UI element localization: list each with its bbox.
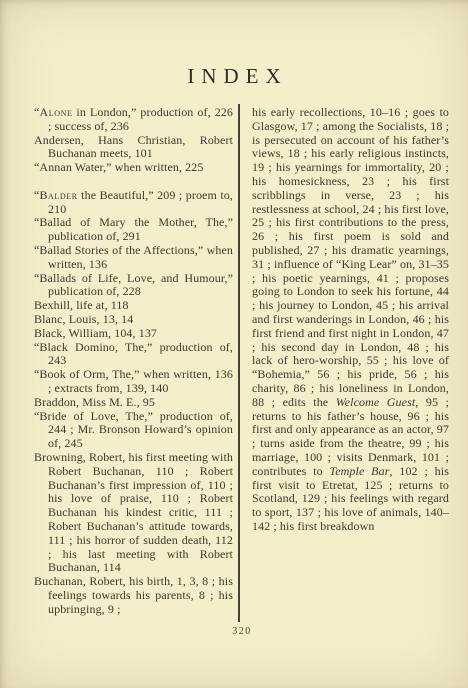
index-group: “Alone in London,” production of, 226 ; …: [34, 106, 233, 175]
index-entry: “Black Domino, The,” production of, 243: [34, 341, 233, 369]
index-column-left: “Alone in London,” production of, 226 ; …: [34, 106, 233, 616]
text-segment: Braddon, Miss M. E., 95: [34, 395, 155, 409]
text-segment: his early recollections, 10–16 ; goes to…: [252, 105, 449, 409]
text-segment: Balder: [39, 188, 77, 202]
page-number: 320: [0, 626, 468, 637]
index-entry: Buchanan, Robert, his birth, 1, 3, 8 ; h…: [34, 575, 233, 616]
index-entry: Bexhill, life at, 118: [34, 299, 233, 313]
index-entry: “Annan Water,” when written, 225: [34, 161, 233, 175]
text-segment: in London,” production of, 226 ; success…: [48, 105, 233, 133]
index-entry: “Ballad Stories of the Affections,” when…: [34, 244, 233, 272]
page-title: INDEX: [0, 64, 468, 89]
index-entry: Andersen, Hans Christian, Robert Buchana…: [34, 134, 233, 162]
text-segment: “Ballad Stories of the Affections,” when…: [34, 243, 233, 271]
text-segment: Andersen, Hans Christian, Robert Buchana…: [34, 133, 233, 161]
text-segment: Temple Bar: [330, 464, 390, 478]
index-entry: Braddon, Miss M. E., 95: [34, 396, 233, 410]
text-segment: “Ballad of Mary the Mother, The,” public…: [34, 215, 233, 243]
text-segment: Welcome Guest: [336, 395, 416, 409]
text-segment: “Annan Water,” when written, 225: [34, 160, 203, 174]
index-entry: “Ballads of Life, Love, and Humour,” pub…: [34, 272, 233, 300]
text-segment: “Ballads of Life, Love, and Humour,” pub…: [34, 271, 233, 299]
index-entry: “Bride of Love, The,” production of, 244…: [34, 410, 233, 451]
index-group: “Balder the Beautiful,” 209 ; proem to, …: [34, 189, 233, 617]
book-page: INDEX “Alone in London,” production of, …: [0, 0, 468, 688]
text-segment: “Bride of Love, The,” production of, 244…: [34, 409, 233, 451]
index-entry: Black, William, 104, 137: [34, 327, 233, 341]
text-segment: Bexhill, life at, 118: [34, 298, 129, 312]
index-entry: Browning, Robert, his first meeting with…: [34, 451, 233, 575]
index-entry: “Book of Orm, The,” when written, 136 ; …: [34, 368, 233, 396]
index-entry: Blanc, Louis, 13, 14: [34, 313, 233, 327]
index-entry: “Alone in London,” production of, 226 ; …: [34, 106, 233, 134]
index-entry: “Balder the Beautiful,” 209 ; proem to, …: [34, 189, 233, 217]
index-entry-continuation: his early recollections, 10–16 ; goes to…: [252, 106, 449, 534]
text-segment: Blanc, Louis, 13, 14: [34, 312, 133, 326]
text-segment: Black, William, 104, 137: [34, 326, 157, 340]
column-divider-rule: [238, 104, 240, 622]
text-segment: Alone: [39, 105, 72, 119]
text-segment: “Black Domino, The,” production of, 243: [34, 340, 233, 368]
text-segment: Browning, Robert, his first meeting with…: [34, 450, 233, 574]
index-column-right: his early recollections, 10–16 ; goes to…: [252, 106, 449, 534]
text-segment: “Book of Orm, The,” when written, 136 ; …: [34, 367, 233, 395]
index-entry: “Ballad of Mary the Mother, The,” public…: [34, 216, 233, 244]
text-segment: Buchanan, Robert, his birth, 1, 3, 8 ; h…: [34, 574, 233, 616]
